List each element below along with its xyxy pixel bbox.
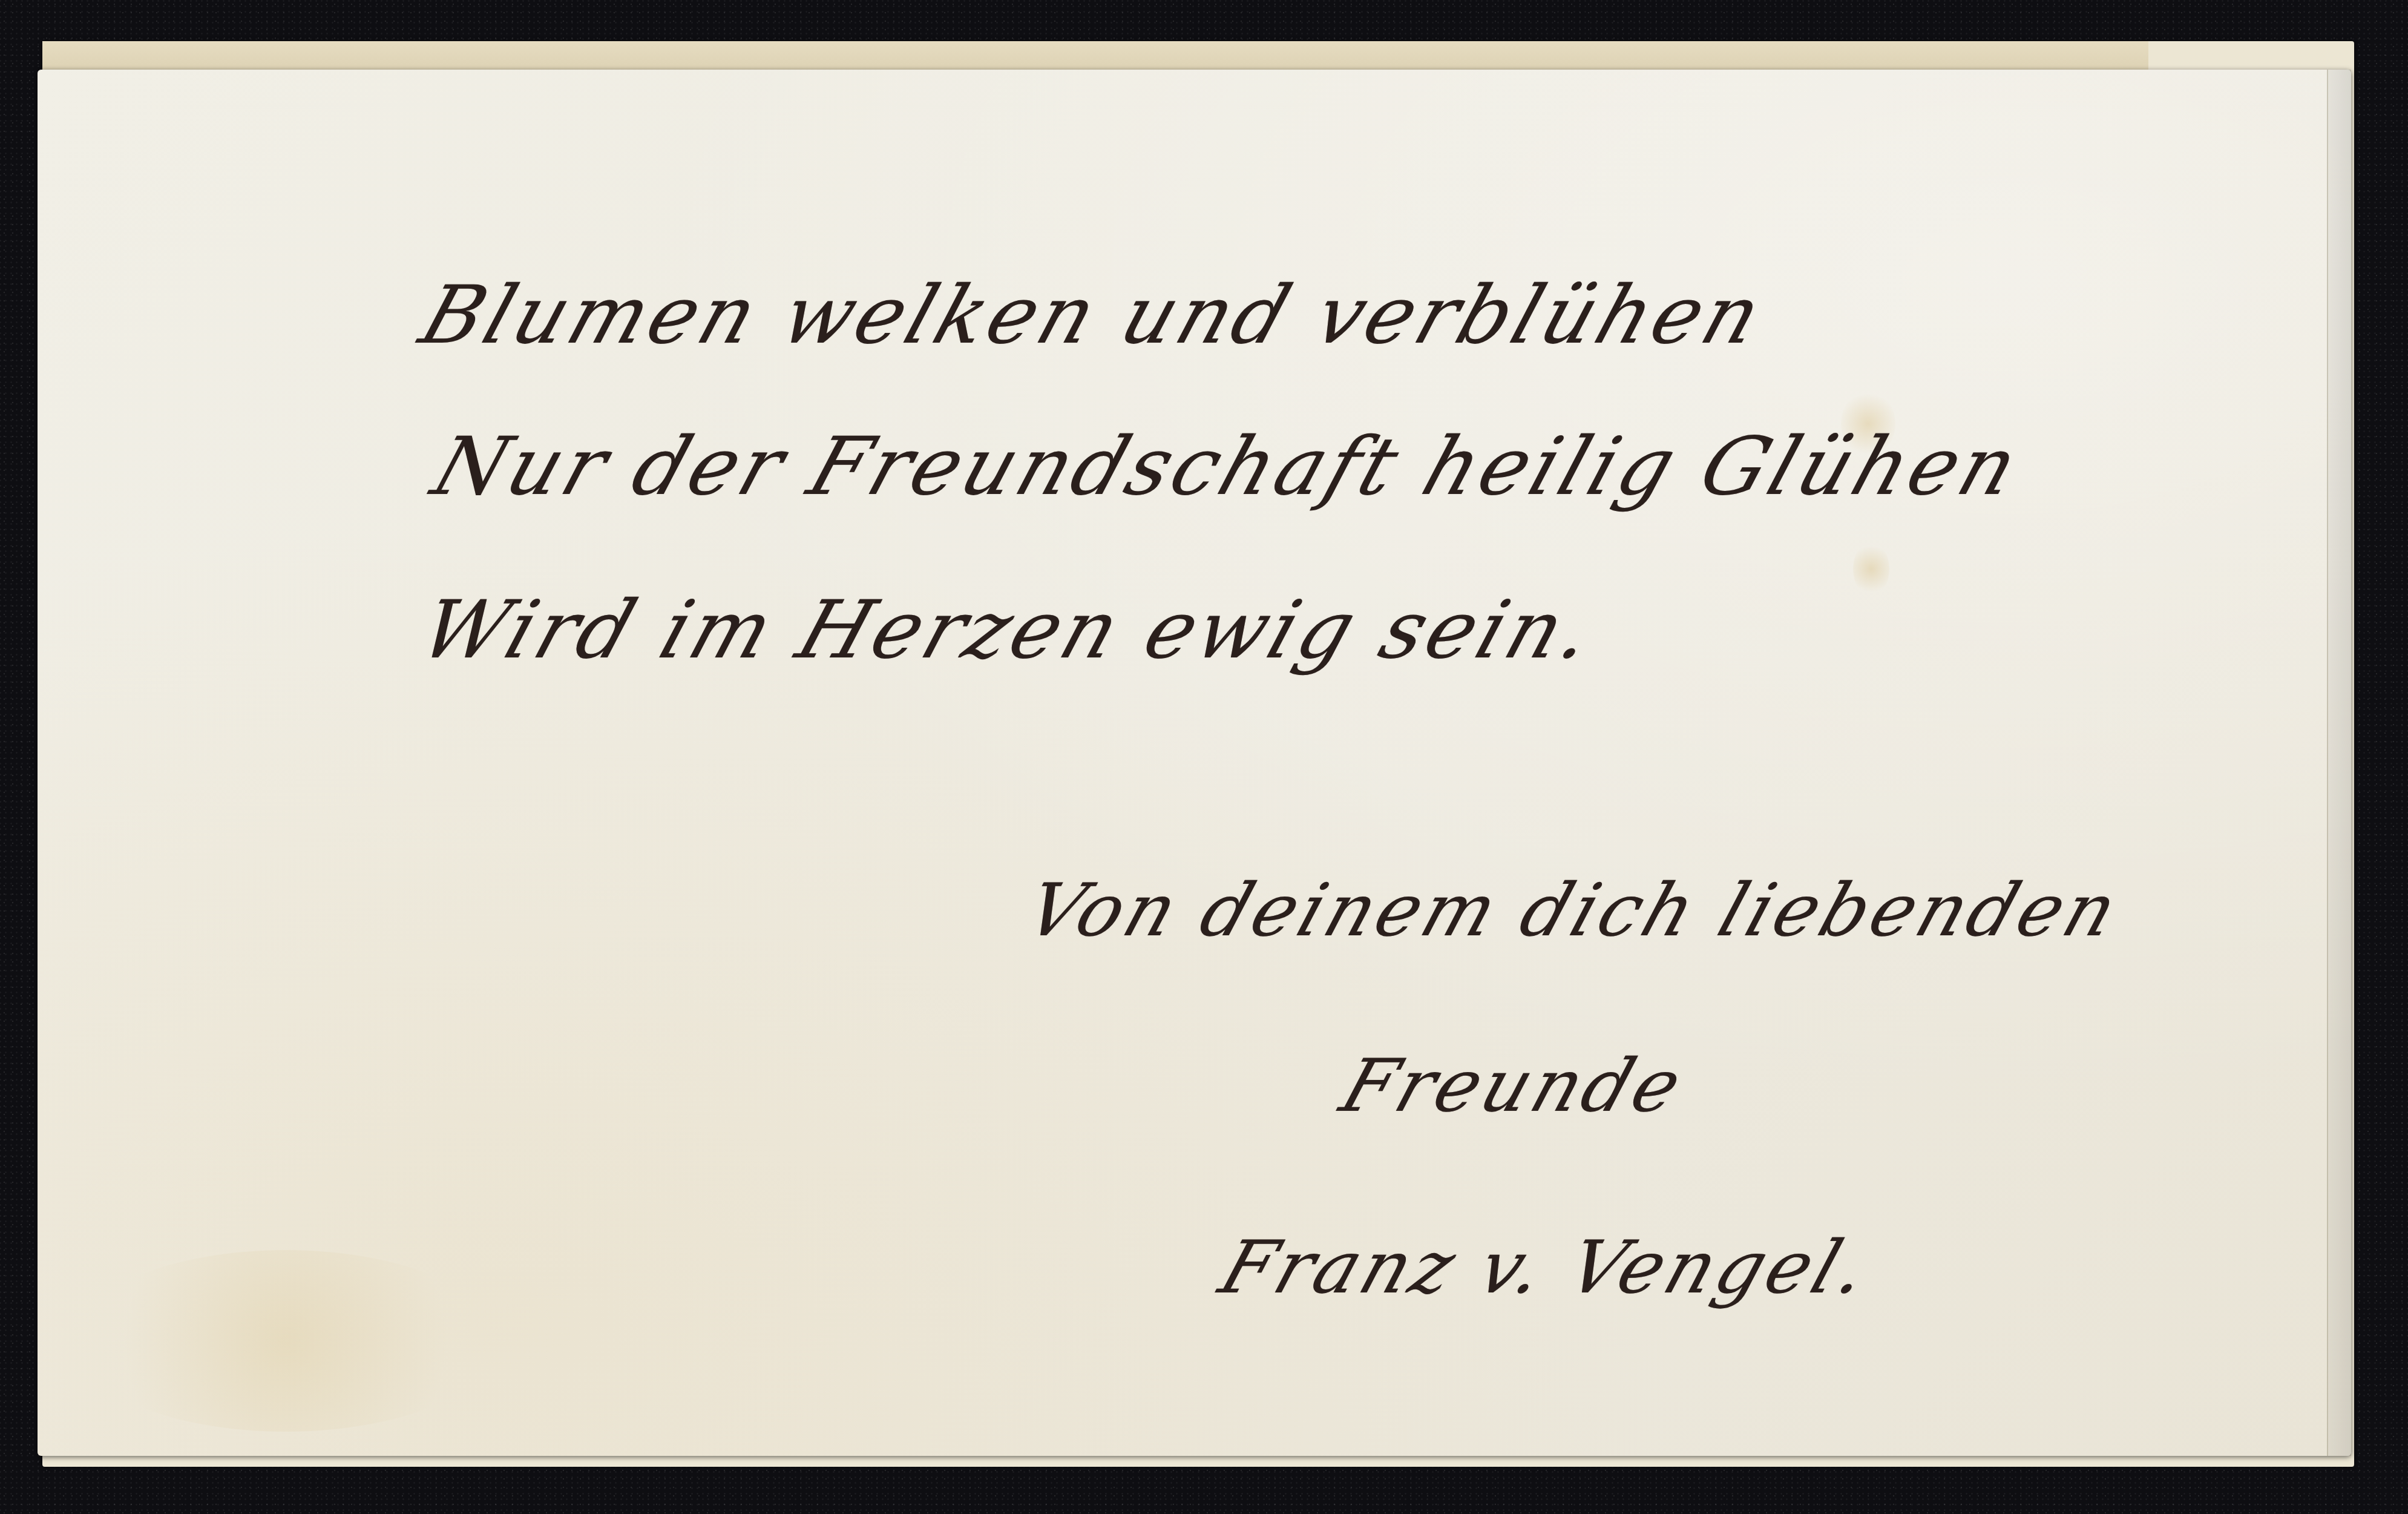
relation-line: Freunde: [1333, 1050, 1693, 1123]
verse-line-2: Nur der Freundschaft heilig Glühen: [424, 427, 2030, 507]
album-leaf-card: Blumen welken und verblühen Nur der Freu…: [38, 70, 2351, 1456]
foxing-stain: [1853, 542, 1889, 596]
foxing-stain: [74, 1250, 497, 1432]
signature: Franz v. Vengel.: [1212, 1232, 1880, 1305]
card-right-edge: [2327, 70, 2351, 1456]
verse-line-1: Blumen welken und verblühen: [412, 275, 1774, 355]
dedication-line: Von deinem dich liebenden: [1019, 875, 2129, 947]
back-sheet-top-edge: [42, 41, 2148, 71]
verse-line-3: Wird im Herzen ewig sein.: [412, 590, 1606, 670]
